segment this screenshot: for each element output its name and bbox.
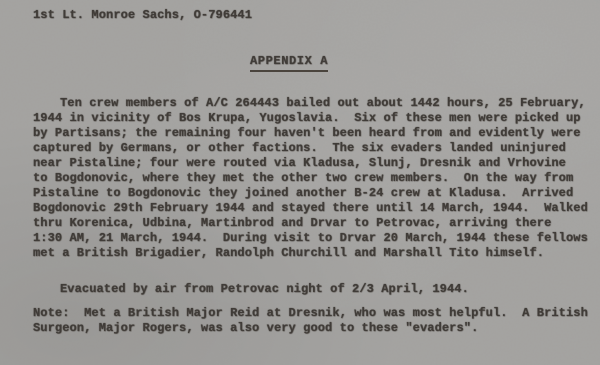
- paragraph-line: to Bogdonovic, where they met the other …: [33, 171, 595, 186]
- note-paragraph: Note: Met a British Major Reid at Dresni…: [33, 306, 595, 336]
- paragraph-line: captured by Germans, or other factions. …: [33, 141, 595, 156]
- scanned-document-page: 1st Lt. Monroe Sachs, O-796441 APPENDIX …: [0, 0, 600, 365]
- appendix-title: APPENDIX A: [250, 54, 328, 72]
- paragraph-line: thru Korenica, Udbina, Martinbrod and Dr…: [33, 216, 595, 231]
- paragraph-line: met a British Brigadier, Randolph Church…: [33, 246, 595, 261]
- paragraph-line: by Partisans; the remaining four haven't…: [33, 126, 595, 141]
- paragraph-line: Pistaline to Bogdonovic they joined anot…: [33, 186, 595, 201]
- evacuation-line: Evacuated by air from Petrovac night of …: [33, 282, 595, 297]
- appendix-title-row: APPENDIX A: [8, 54, 570, 72]
- paragraph-line: near Pistaline; four were routed via Kla…: [33, 156, 595, 171]
- paragraph-line: 1944 in vicinity of Bos Krupa, Yugoslavi…: [33, 111, 595, 126]
- note-line: Note: Met a British Major Reid at Dresni…: [33, 306, 595, 321]
- document-content: 1st Lt. Monroe Sachs, O-796441 APPENDIX …: [0, 0, 600, 365]
- main-paragraph: Ten crew members of A/C 264443 bailed ou…: [33, 96, 595, 261]
- paragraph-line: 1:30 AM, 21 March, 1944. During visit to…: [33, 231, 595, 246]
- paragraph-line: Bogdonovic 29th February 1944 and stayed…: [33, 201, 595, 216]
- note-line: Surgeon, Major Rogers, was also very goo…: [33, 321, 595, 336]
- evacuation-paragraph: Evacuated by air from Petrovac night of …: [33, 282, 595, 297]
- officer-name-line: 1st Lt. Monroe Sachs, O-796441: [33, 8, 595, 23]
- paragraph-line: Ten crew members of A/C 264443 bailed ou…: [33, 96, 595, 111]
